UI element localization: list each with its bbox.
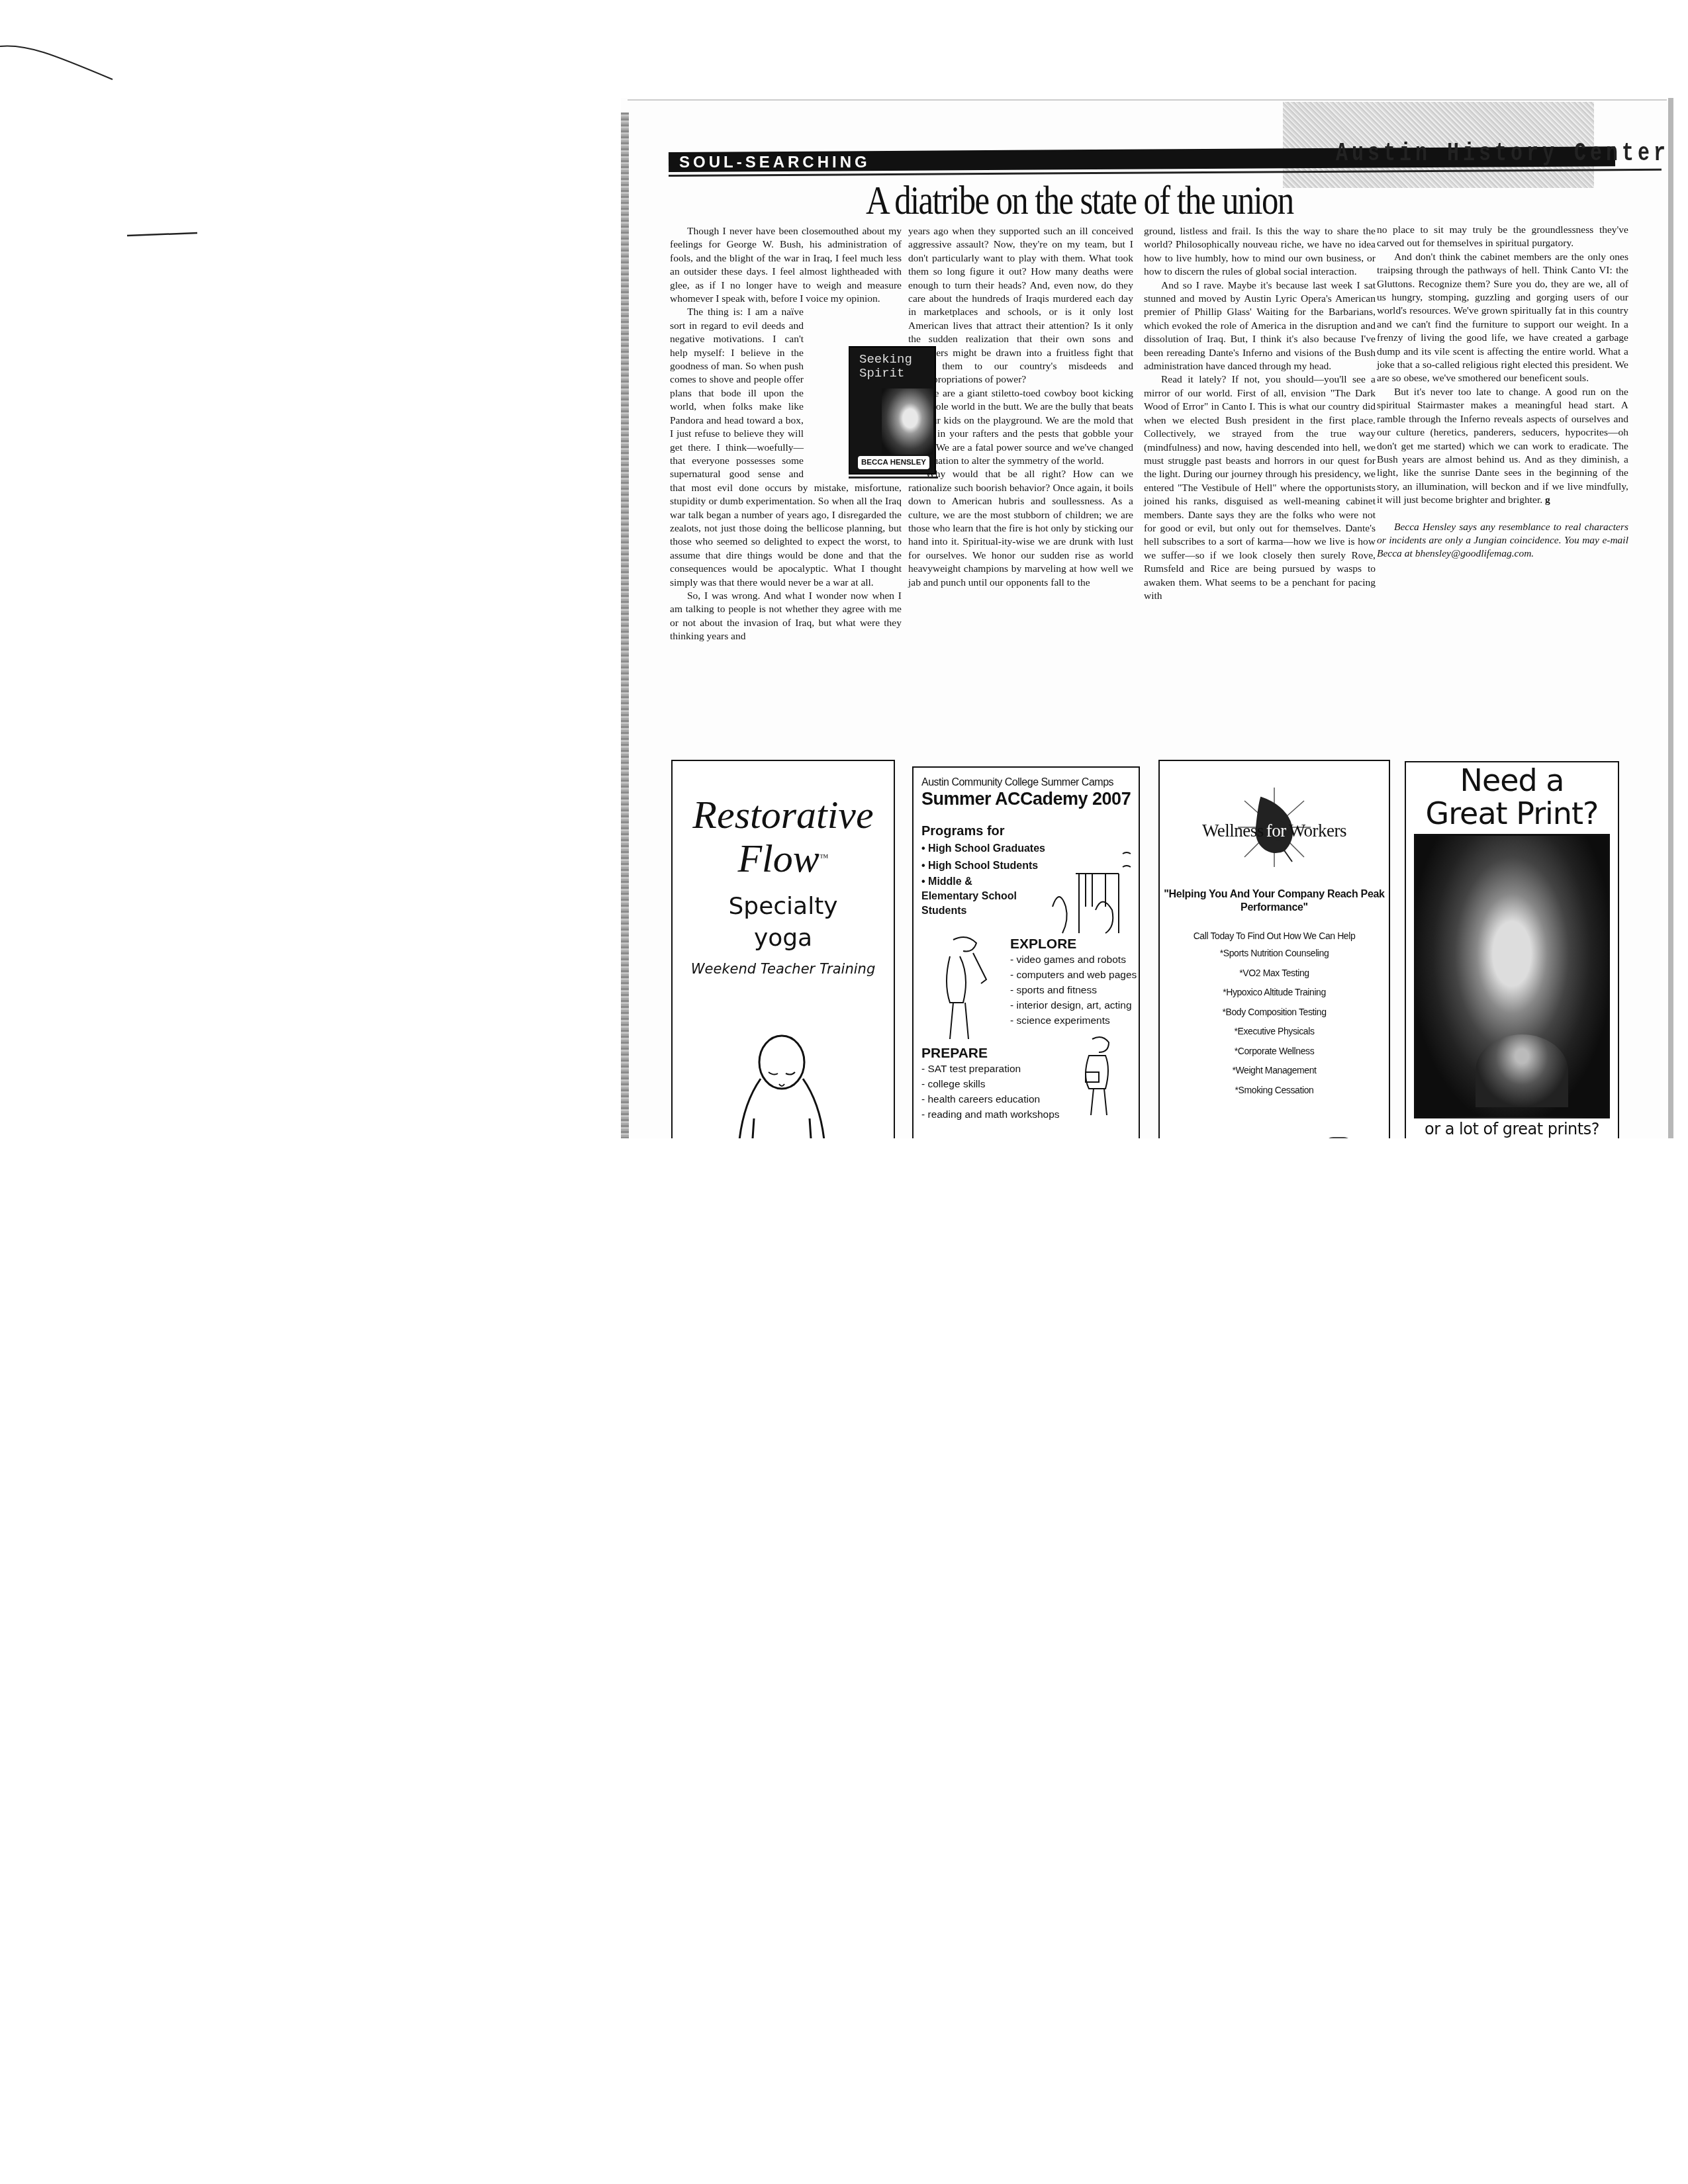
- ad-restorative-flow: Restorative Flow™ Specialty yoga Weekend…: [671, 760, 895, 1138]
- list-item: *Weight Management: [1160, 1061, 1389, 1081]
- article-headline: A diatribe on the state of the union: [866, 177, 1354, 224]
- author-name: BECCA HENSLEY: [858, 456, 929, 469]
- stray-pen-mark: [0, 41, 116, 81]
- list-item: - science experiments: [1010, 1013, 1137, 1028]
- student-with-books-icon: [1072, 1032, 1125, 1118]
- ad-brand: Restorative Flow™: [673, 793, 894, 880]
- ad-wellness-for-workers: WellnessforWorkers "Helping You And Your…: [1158, 760, 1390, 1138]
- article-paragraph: years ago when they supported such an il…: [908, 225, 1133, 387]
- list-item: *VO2 Max Testing: [1160, 964, 1389, 983]
- stray-pen-mark: [126, 232, 199, 237]
- article-paragraph: We are a giant stiletto-toed cowboy boot…: [908, 387, 1133, 468]
- ad-tagline: Weekend Teacher Training: [673, 961, 894, 977]
- student-with-backpack-icon: [933, 933, 1000, 1046]
- list-item: - SAT test preparation: [921, 1062, 1060, 1077]
- list-item: *Body Composition Testing: [1160, 1003, 1389, 1023]
- prepare-list: - SAT test preparation - college skills …: [921, 1062, 1060, 1122]
- archive-stamp: Austin History Center: [1336, 140, 1669, 169]
- list-item: *Smoking Cessation: [1160, 1081, 1389, 1101]
- article-paragraph: So, I was wrong. And what I wonder now w…: [670, 590, 902, 644]
- list-item: - video games and robots: [1010, 952, 1137, 968]
- article-paragraph: no place to sit may truly be the groundl…: [1377, 224, 1628, 251]
- clipping-top-edge: [628, 99, 1667, 101]
- child-portrait-photo: [1414, 834, 1610, 1118]
- students-illustration-icon: [1039, 847, 1132, 940]
- prepare-heading: PREPARE: [921, 1046, 1060, 1062]
- section-label: SOUL-SEARCHING: [679, 154, 870, 172]
- ad-acc-summer-academy: Austin Community College Summer Camps Su…: [912, 766, 1140, 1138]
- ad-headline: Need a Great Print?: [1406, 764, 1618, 830]
- list-item: - computers and web pages: [1010, 968, 1137, 983]
- article-column-3: ground, listless and frail. Is this the …: [1144, 225, 1376, 603]
- meditating-figure-icon: [735, 1032, 828, 1138]
- newspaper-clipping: SOUL-SEARCHING Austin History Center A d…: [621, 98, 1673, 1138]
- clipping-left-edge: [621, 113, 629, 1138]
- explore-list: - video games and robots - computers and…: [1010, 952, 1137, 1028]
- ad-headline: Specialty yoga: [673, 891, 894, 954]
- article-column-2: years ago when they supported such an il…: [902, 225, 1133, 590]
- programs-heading: Programs for: [921, 824, 1139, 839]
- explore-heading: EXPLORE: [1010, 936, 1137, 952]
- list-item: - college skills: [921, 1077, 1060, 1092]
- ad-slogan: "Helping You And Your Company Reach Peak…: [1160, 888, 1389, 915]
- end-mark: g: [1545, 494, 1550, 506]
- ad-great-print: Need a Great Print? or a lot of great pr…: [1405, 761, 1619, 1138]
- list-item: *Sports Nutrition Counseling: [1160, 944, 1389, 964]
- list-item: *Executive Physicals: [1160, 1022, 1389, 1042]
- clipping-right-edge: [1668, 98, 1673, 1138]
- column-badge: Seeking Spirit BECCA HENSLEY: [849, 346, 936, 475]
- list-item: - interior design, art, acting: [1010, 998, 1137, 1013]
- article-paragraph: Read it lately? If not, you should—you'l…: [1144, 373, 1376, 603]
- article-paragraph: Though I never have been closemouthed ab…: [670, 225, 902, 306]
- article-paragraph: ground, listless and frail. Is this the …: [1144, 225, 1376, 279]
- ad-kicker: Austin Community College Summer Camps: [921, 777, 1139, 789]
- services-list: *Sports Nutrition Counseling *VO2 Max Te…: [1160, 944, 1389, 1100]
- list-item: - health careers education: [921, 1092, 1060, 1107]
- article-paragraph: And don't think the cabinet members are …: [1377, 251, 1628, 386]
- list-item: *Corporate Wellness: [1160, 1042, 1389, 1062]
- list-item: - reading and math workshops: [921, 1107, 1060, 1122]
- list-item: *Hypoxico Altitude Training: [1160, 983, 1389, 1003]
- ad-tagline: or a lot of great prints?: [1406, 1120, 1618, 1138]
- article-paragraph: Why would that be all right? How can we …: [908, 468, 1133, 590]
- article-paragraph: But it's never too late to change. A goo…: [1377, 386, 1628, 508]
- ad-call-to-action: Call Today To Find Out How We Can Help: [1160, 931, 1389, 941]
- author-photo: [882, 388, 933, 455]
- list-item: • Middle & Elementary School Students: [921, 875, 1027, 919]
- prepare-section: PREPARE - SAT test preparation - college…: [921, 1046, 1060, 1122]
- ad-photo-fragment: [1325, 1137, 1352, 1138]
- article-paragraph: And so I rave. Maybe it's because last w…: [1144, 279, 1376, 374]
- list-item: - sports and fitness: [1010, 983, 1137, 998]
- ad-title: Summer ACCademy 2007: [921, 789, 1139, 809]
- article-column-4: no place to sit may truly be the groundl…: [1377, 224, 1628, 561]
- explore-section: EXPLORE - video games and robots - compu…: [1010, 936, 1137, 1028]
- author-bio: Becca Hensley says any resemblance to re…: [1377, 521, 1628, 561]
- column-badge-title: Seeking Spirit: [859, 353, 912, 381]
- badge-rule: [849, 477, 938, 478]
- wellness-logo: WellnessforWorkers: [1160, 788, 1389, 867]
